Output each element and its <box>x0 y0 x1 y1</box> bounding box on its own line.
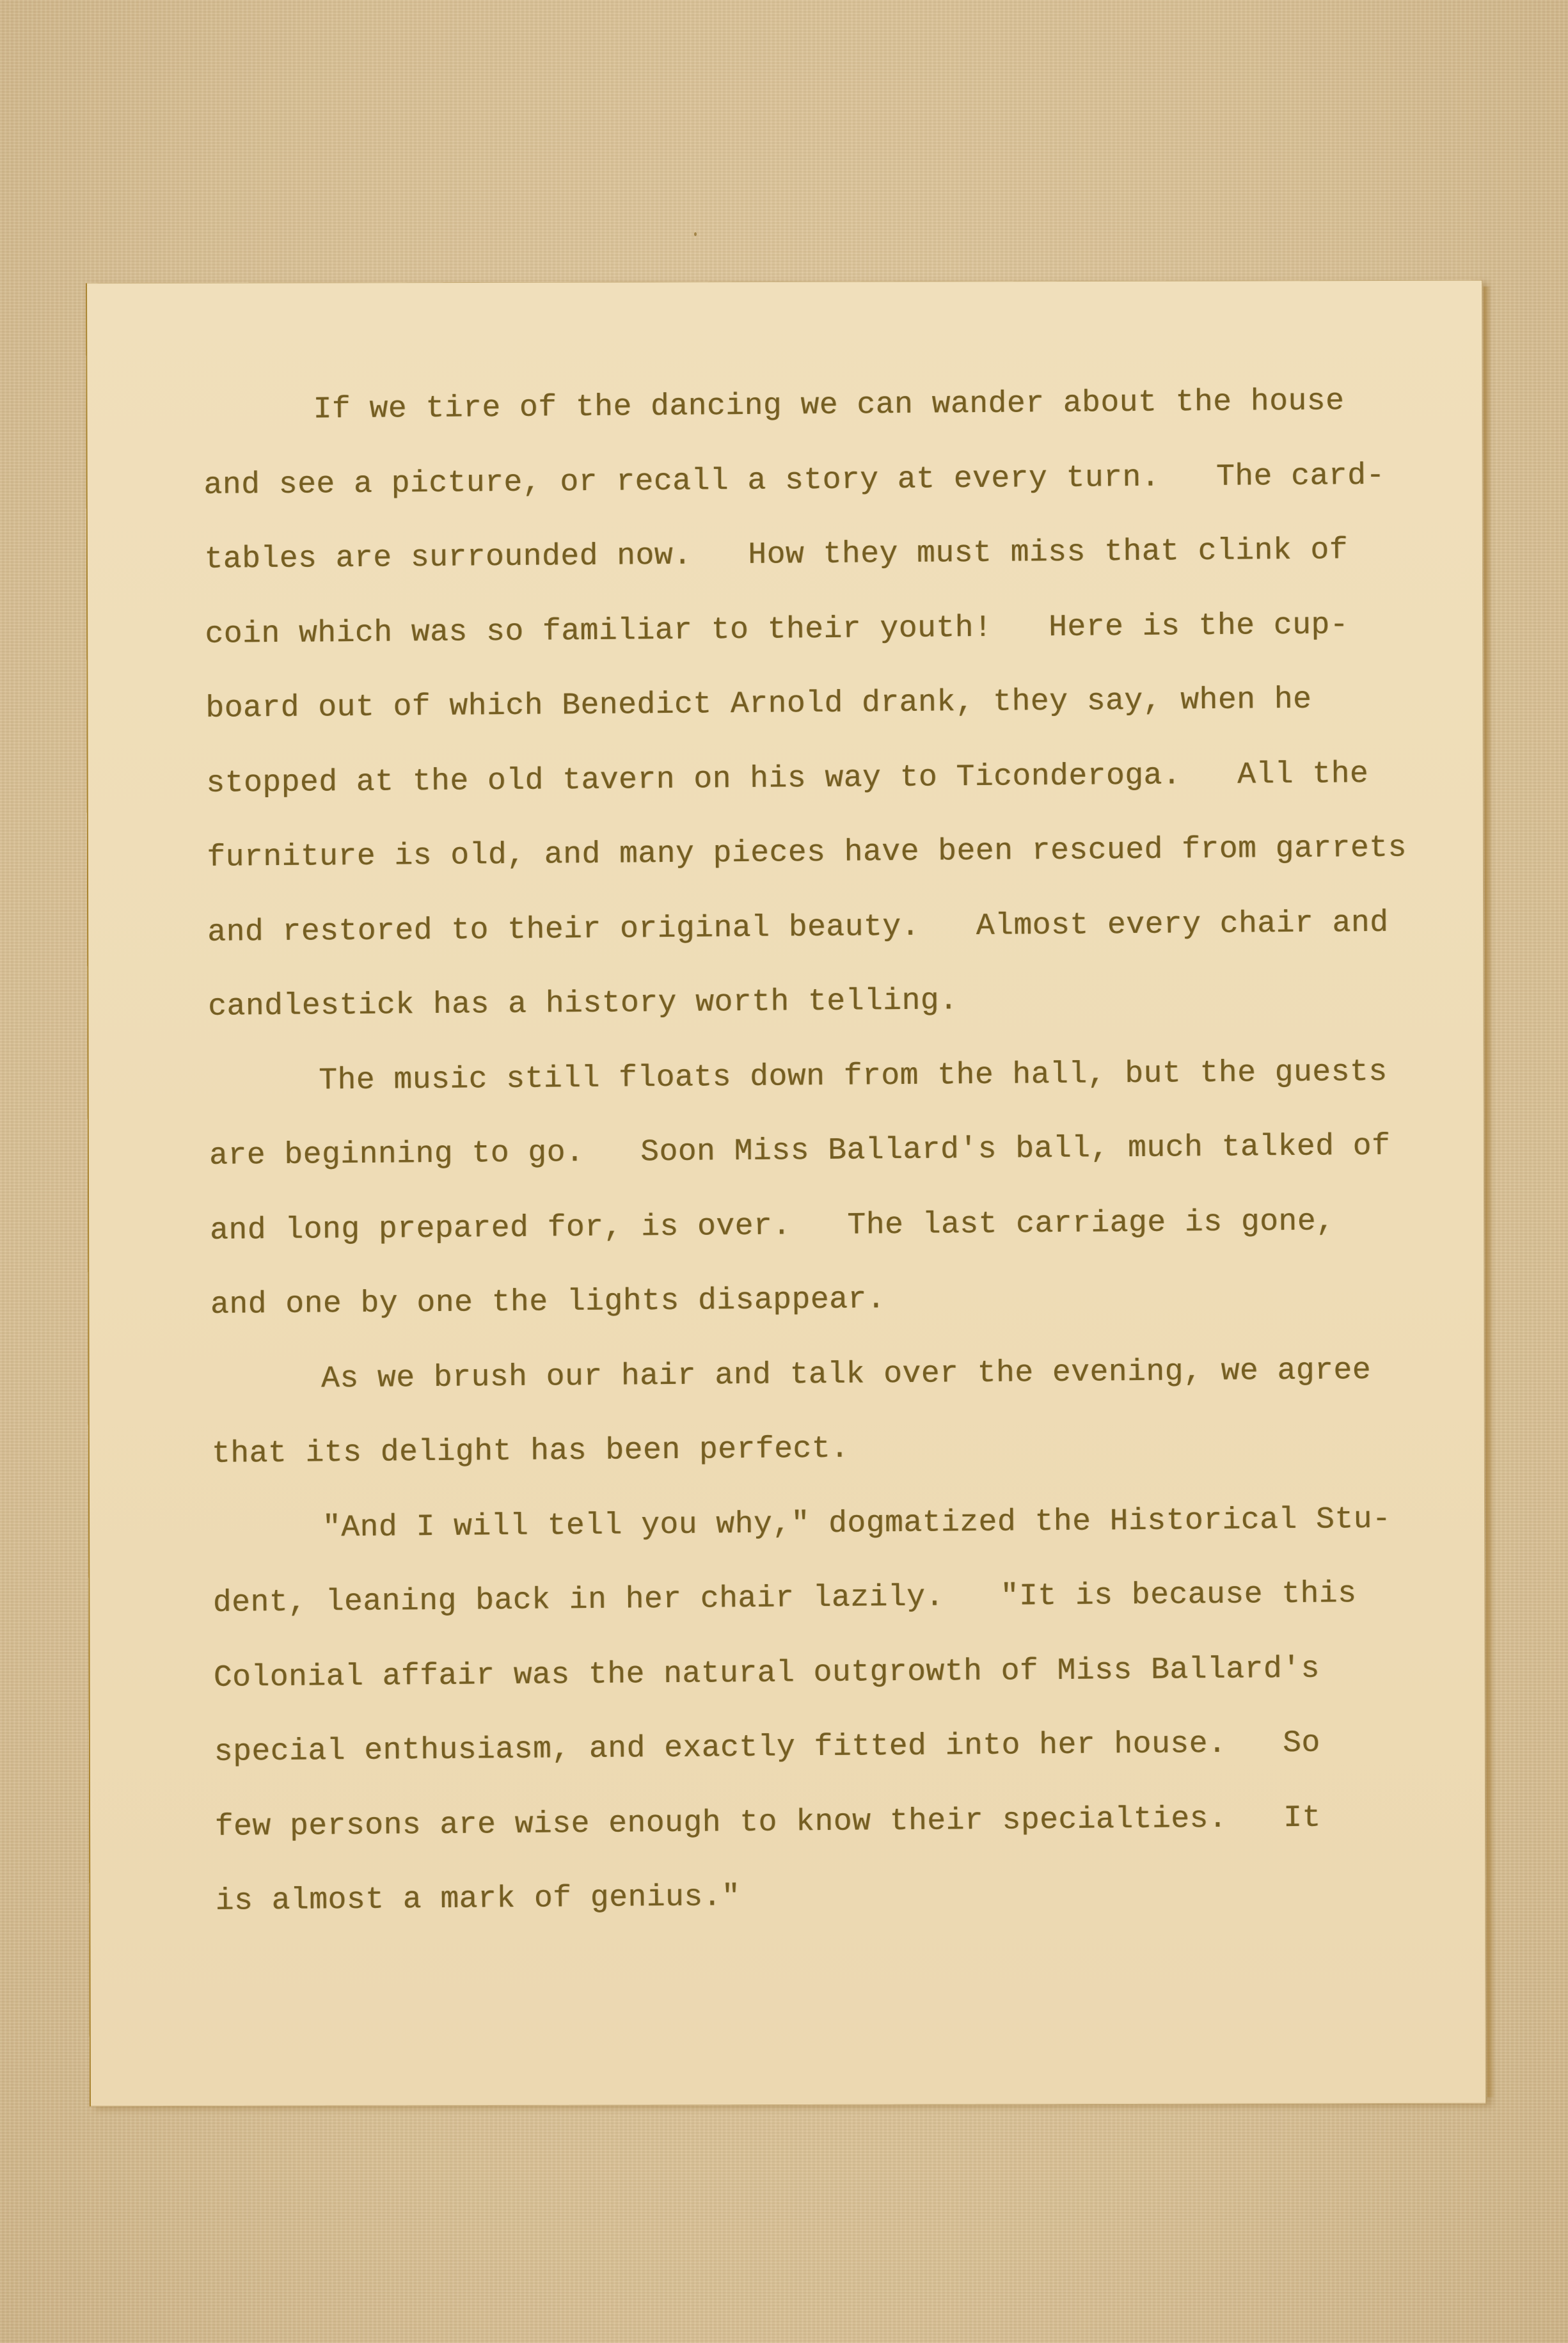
text-line: "And I will tell you why," dogmatized th… <box>212 1500 1429 1584</box>
typewritten-page: If we tire of the dancing we can wander … <box>86 280 1486 2107</box>
page-body-text: If we tire of the dancing we can wander … <box>203 381 1431 1957</box>
page-edge-shadow <box>1484 287 1495 2097</box>
paragraph-4: "And I will tell you why," dogmatized th… <box>212 1500 1432 1957</box>
text-line: and long prepared for, is over. The last… <box>210 1202 1426 1286</box>
text-line: few persons are wise enough to know thei… <box>215 1798 1431 1882</box>
paragraph-3: As we brush our hair and talk over the e… <box>211 1351 1428 1510</box>
text-line: is almost a mark of genius." <box>215 1872 1431 1957</box>
mount-board-background: If we tire of the dancing we can wander … <box>0 0 1568 2343</box>
paragraph-1: If we tire of the dancing we can wander … <box>203 381 1424 1062</box>
text-line: As we brush our hair and talk over the e… <box>211 1351 1427 1435</box>
text-line: dent, leaning back in her chair lazily. … <box>213 1574 1429 1658</box>
text-line: Colonial affair was the natural outgrowt… <box>214 1649 1430 1733</box>
text-line: and see a picture, or recall a story at … <box>203 456 1420 541</box>
text-line: board out of which Benedict Arnold drank… <box>205 679 1421 764</box>
dust-speck <box>694 232 697 236</box>
text-line: special enthusiasm, and exactly fitted i… <box>214 1723 1430 1807</box>
text-line: that its delight has been perfect. <box>212 1425 1428 1509</box>
text-line: coin which was so familiar to their yout… <box>205 605 1421 690</box>
text-line: furniture is old, and many pieces have b… <box>207 829 1423 913</box>
text-line: tables are surrounded now. How they must… <box>204 530 1420 615</box>
text-line: candlestick has a history worth telling. <box>208 978 1424 1062</box>
text-line: and restored to their original beauty. A… <box>207 903 1423 988</box>
text-line: are beginning to go. Soon Miss Ballard's… <box>209 1127 1425 1211</box>
text-line: and one by one the lights disappear. <box>210 1276 1427 1360</box>
text-line: If we tire of the dancing we can wander … <box>203 381 1419 466</box>
text-line: The music still floats down from the hal… <box>209 1052 1425 1137</box>
text-line: stopped at the old tavern on his way to … <box>206 754 1422 839</box>
paragraph-2: The music still floats down from the hal… <box>209 1052 1427 1361</box>
